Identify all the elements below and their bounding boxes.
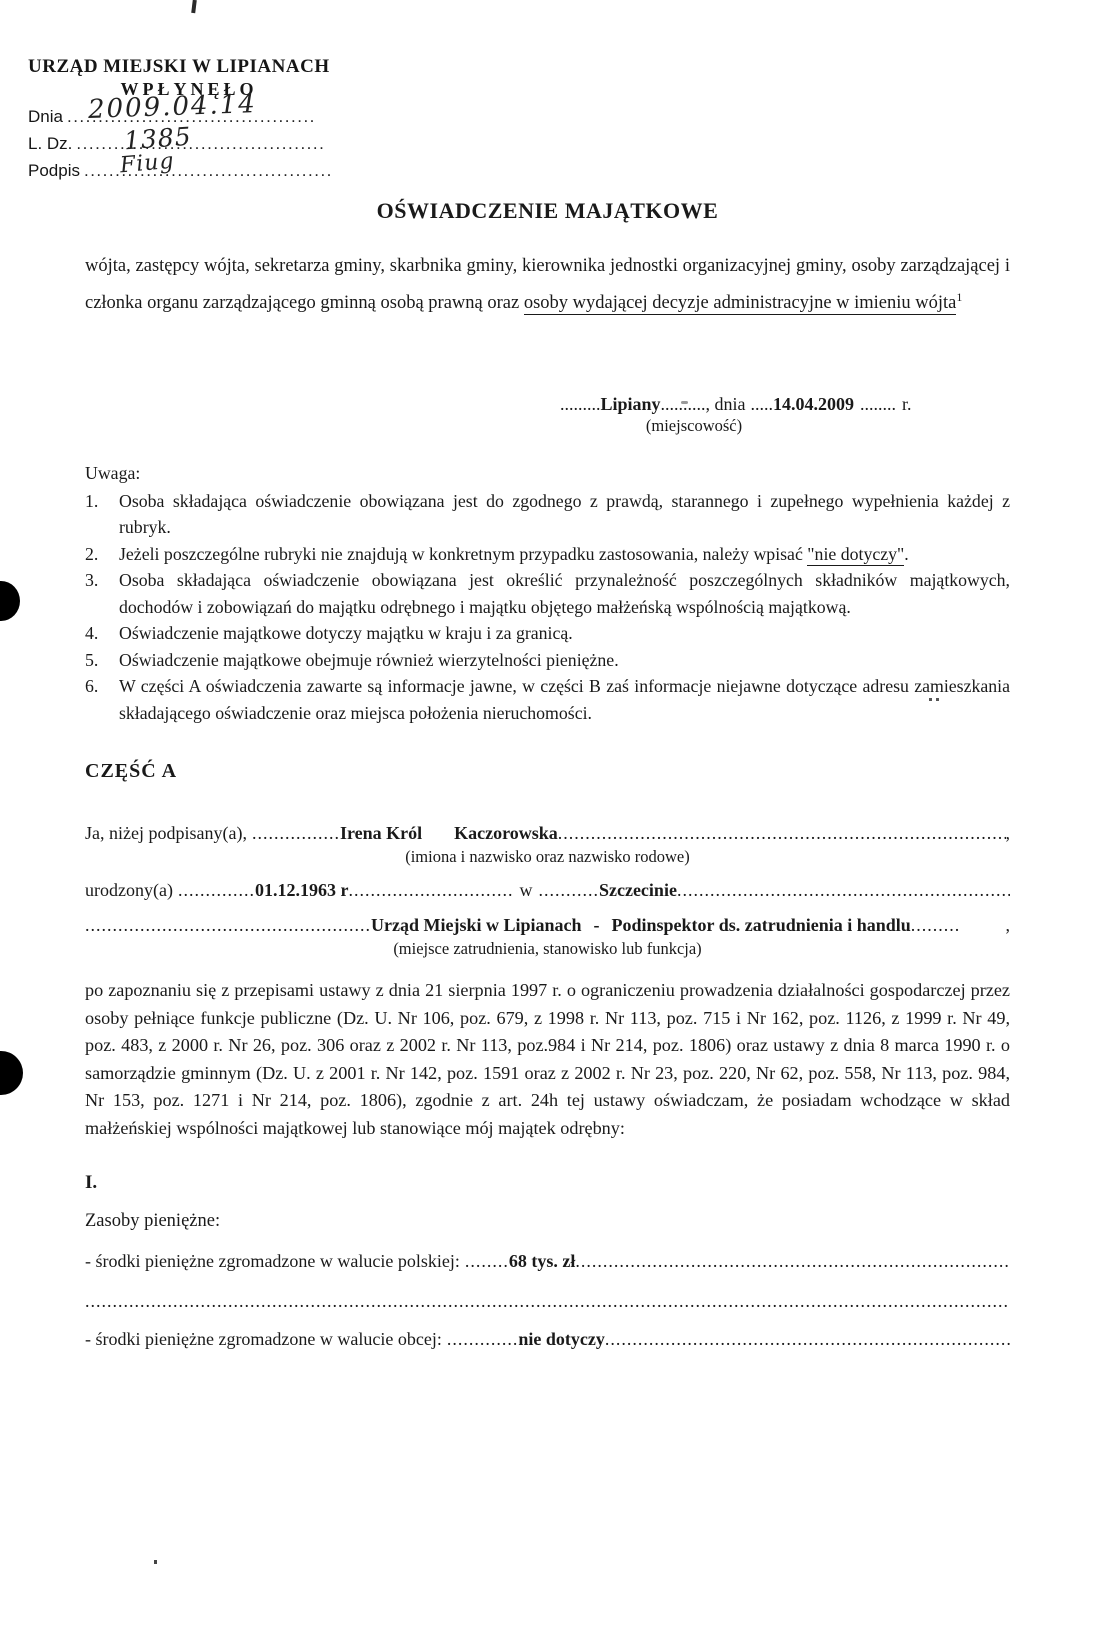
dateline-suffix: r. [902,394,912,414]
scan-artifact [154,1560,157,1564]
handwritten-signature: Fiug [119,149,176,179]
dotted-leader: ................ [252,823,340,844]
dotted-leader: ......... [560,394,601,414]
list-item-text: Osoba składająca oświadczenie obowiązana… [119,567,1010,620]
dotted-leader: ............. [447,1329,519,1350]
dotted-leader: .............. [178,880,255,901]
dotted-leader: ........................................… [677,880,1010,901]
stamp-date-label: Dnia [28,107,63,127]
list-item: 1.Osoba składająca oświadczenie obowiąza… [85,488,1010,541]
list-item-text: W części A oświadczenia zawarte są infor… [119,673,1010,726]
employment-line: ........................................… [85,915,1010,936]
blank-dotted-line: ........................................… [85,1291,1010,1312]
dotted-leader: .............................. [348,880,513,901]
birth-city-value: Szczecinie [599,880,677,901]
intro-underlined-text: osoby wydającej decyzje administracyjne … [524,293,957,315]
pln-funds-line: - środki pieniężne zgromadzone w walucie… [85,1251,1010,1272]
list-item-text: Oświadczenie majątkowe obejmuje również … [119,647,1010,674]
stamp-office-name: URZĄD MIEJSKI W LIPIANACH [28,56,350,78]
declarant-name-value: Irena Król [340,823,422,844]
list-item-number: 3. [85,567,119,620]
list-item: 2.Jeżeli poszczególne rubryki nie znajdu… [85,541,1010,568]
dotted-leader: ........................................… [575,1251,1010,1272]
scan-artifact [681,401,688,404]
dotted-leader: .......... [661,394,706,414]
notes-heading: Uwaga: [85,460,1010,487]
note-text-plain: W części A oświadczenia zawarte są infor… [119,676,1010,723]
list-item: 6.W części A oświadczenia zawarte są inf… [85,673,1010,726]
stamp-signature-label: Podpis [28,161,80,181]
dotted-leader: ........... [538,880,599,901]
note-text-underlined: "nie dotyczy" [807,544,904,566]
birth-date-value: 01.12.1963 r [255,880,349,901]
date-value: 14.04.2009 [773,394,854,414]
dotted-leader: ........................................… [85,915,371,936]
note-text-plain: Oświadczenie majątkowe obejmuje również … [119,650,619,670]
declarant-family-name-value: Kaczorowska [454,823,558,844]
list-item-number: 2. [85,541,119,568]
stamp-ref-label: L. Dz. [28,134,72,154]
footnote-mark: 1 [956,290,962,304]
intake-stamp: URZĄD MIEJSKI W LIPIANACH WPŁYNĘŁO Dnia.… [28,56,350,181]
scan-artifact [191,0,197,13]
list-item-number: 5. [85,647,119,674]
stamp-signature-row: Podpis..................................… [28,161,350,181]
list-item-text: Osoba składająca oświadczenie obowiązana… [119,488,1010,541]
birth-in-label: w [519,880,532,901]
note-text-plain: Oświadczenie majątkowe dotyczy majątku w… [119,623,573,643]
dotted-leader: ........ [465,1251,509,1272]
dateline-label: , dnia [706,394,746,414]
dotted-leader: ........................................… [558,823,1006,844]
declarant-caption: (imiona i nazwisko oraz nazwisko rodowe) [85,847,1010,867]
part-a-heading: CZĘŚĆ A [85,760,1010,783]
list-item: 4.Oświadczenie majątkowe dotyczy majątku… [85,620,1010,647]
place-date-line: .........Lipiany.........., dnia.....14.… [560,394,1010,415]
list-item: 3.Osoba składająca oświadczenie obowiąza… [85,567,1010,620]
dotted-leader: ..... [751,394,774,414]
pln-funds-label: - środki pieniężne zgromadzone w walucie… [85,1251,460,1272]
list-item-number: 6. [85,673,119,726]
note-text-post: . [904,544,908,564]
birth-line: urodzony(a)..............01.12.1963 r...… [85,880,1010,901]
list-item-text: Jeżeli poszczególne rubryki nie znajdują… [119,541,1010,568]
list-item: 5.Oświadczenie majątkowe obejmuje równie… [85,647,1010,674]
dotted-leader: ......... [911,915,1006,936]
list-item-number: 4. [85,620,119,647]
dotted-leader: ........................................… [85,1291,1010,1312]
notes-section: Uwaga: 1.Osoba składająca oświadczenie o… [85,460,1010,726]
document-title: OŚWIADCZENIE MAJĄTKOWE [85,198,1010,224]
place-caption: (miejscowość) [574,416,814,436]
line-comma: , [1006,915,1011,936]
note-text-plain: Osoba składająca oświadczenie obowiązana… [119,491,1010,538]
employer-value: Urząd Miejski w Lipianach [371,915,582,936]
dotted-leader: ........................................ [76,134,350,154]
foreign-funds-value: nie dotyczy [518,1329,604,1350]
legal-basis-paragraph: po zapoznaniu się z przepisami ustawy z … [85,977,1010,1142]
employment-caption: (miejsce zatrudnienia, stanowisko lub fu… [85,939,1010,959]
foreign-funds-label: - środki pieniężne zgromadzone w walucie… [85,1329,442,1350]
declarant-line: Ja, niżej podpisany(a),................I… [85,823,1010,844]
handwritten-receipt-date: 2009.04.14 [88,89,258,125]
declarant-label: Ja, niżej podpisany(a), [85,823,247,844]
scanned-declaration-page: URZĄD MIEJSKI W LIPIANACH WPŁYNĘŁO Dnia.… [0,0,1104,1648]
foreign-funds-line: - środki pieniężne zgromadzone w walucie… [85,1329,1010,1350]
pln-funds-value: 68 tys. zł [509,1251,576,1272]
position-value: Podinspektor ds. zatrudnienia i handlu [612,915,911,936]
dotted-leader: ........................................… [605,1329,1010,1350]
employment-separator: - [594,915,600,936]
scan-artifact [929,698,932,701]
section-one-heading: Zasoby pieniężne: [85,1211,1010,1232]
note-text-plain: Jeżeli poszczególne rubryki nie znajdują… [119,544,807,564]
list-item-number: 1. [85,488,119,541]
place-value: Lipiany [601,394,661,414]
document-body: OŚWIADCZENIE MAJĄTKOWE wójta, zastępcy w… [0,198,1104,1350]
section-one-numeral: I. [85,1172,1010,1194]
list-item-text: Oświadczenie majątkowe dotyczy majątku w… [119,620,1010,647]
note-text-plain: Osoba składająca oświadczenie obowiązana… [119,570,1010,617]
dotted-leader: ........ [860,394,896,414]
birth-label: urodzony(a) [85,880,173,901]
intro-paragraph: wójta, zastępcy wójta, sekretarza gminy,… [85,248,1010,322]
line-comma: , [1006,823,1011,844]
